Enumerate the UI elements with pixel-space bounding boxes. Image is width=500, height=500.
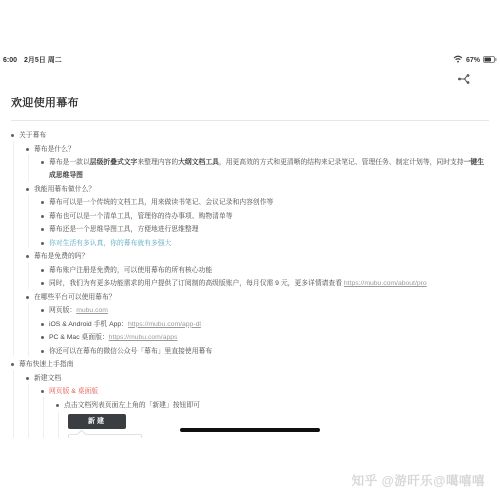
- bullet-icon[interactable]: [41, 336, 44, 339]
- status-left: 6:00 2月5日 周二: [3, 55, 62, 65]
- outline-text-segment: 关于幕布: [19, 132, 46, 139]
- outline-row-text[interactable]: 同时，我们为有更多功能需求的用户提供了订阅制的高级版账户，每月仅需 9 元，更多…: [49, 277, 489, 290]
- outline-text-segment: 同时，我们为有更多功能需求的用户提供了订阅制的高级版账户，每月仅需 9 元，更多…: [49, 280, 344, 287]
- outline-row-text[interactable]: 网页版 & 桌面版: [49, 385, 489, 398]
- outline-row[interactable]: 你还可以在幕布的微信公众号「幕布」里直接使用幕布: [11, 345, 489, 358]
- outline-text-segment: 你还可以在幕布的微信公众号「幕布」里直接使用幕布: [49, 348, 212, 355]
- document-title[interactable]: 欢迎使用幕布: [11, 97, 489, 110]
- outline-row-text[interactable]: iOS & Android 手机 App：https://mubu.com/ap…: [49, 318, 489, 331]
- zhihu-watermark: 知乎 @游旰乐@噶嘻嘻: [352, 471, 485, 489]
- outline-row-text[interactable]: 新建文档: [34, 372, 489, 385]
- bullet-icon[interactable]: [41, 161, 44, 164]
- outline-row-text[interactable]: 在哪些平台可以使用幕布？: [34, 291, 489, 304]
- outline-row[interactable]: 幕布还是一个思维导图工具，方便地进行思维整理: [11, 223, 489, 236]
- bullet-icon[interactable]: [56, 404, 59, 407]
- bullet-icon[interactable]: [41, 282, 44, 285]
- outline-row-text[interactable]: 幕布是一款以层级折叠式文字来整理内容的大纲文档工具，用更高效的方式和更清晰的结构…: [49, 156, 489, 182]
- new-menu-image: 新建文档: [68, 434, 142, 439]
- battery-percent: 67%: [466, 57, 480, 64]
- outline-row-text[interactable]: 你对生活有多认真，你的幕布就有多强大: [49, 237, 489, 250]
- outline-row[interactable]: 网页版：mubu.com: [11, 304, 489, 317]
- outline-row-text[interactable]: 幕布还是一个思维导图工具，方便地进行思维整理: [49, 223, 489, 236]
- outline-row[interactable]: 你对生活有多认真，你的幕布就有多强大: [11, 237, 489, 250]
- outline-row-text[interactable]: 点击文档列表页面左上角的「新建」按钮即可: [64, 399, 489, 412]
- outline-text-segment: 网页版：: [49, 307, 76, 314]
- tablet-screenshot: 6:00 2月5日 周二 67%: [0, 0, 500, 500]
- outline-text-segment: PC & Mac 桌面版：: [49, 334, 109, 341]
- outline-row[interactable]: PC & Mac 桌面版：https://mubu.com/apps: [11, 331, 489, 344]
- outline-row[interactable]: 我能用幕布做什么？: [11, 183, 489, 196]
- outline-row[interactable]: 幕布也可以是一个清单工具，管理你的待办事项、购物清单等: [11, 210, 489, 223]
- outline-text-segment: 幕布账户注册是免费的，可以使用幕布的所有核心功能: [49, 267, 212, 274]
- outline-row[interactable]: 幕布是什么？: [11, 143, 489, 156]
- outline-text-segment: iOS & Android 手机 App：: [49, 321, 128, 328]
- bullet-icon[interactable]: [26, 255, 29, 258]
- bullet-icon[interactable]: [11, 134, 14, 137]
- outline-row[interactable]: 同时，我们为有更多功能需求的用户提供了订阅制的高级版账户，每月仅需 9 元，更多…: [11, 277, 489, 290]
- outline-text-segment: 在哪些平台可以使用幕布？: [34, 294, 116, 301]
- outline-link[interactable]: https://mubu.com/about/pro: [344, 280, 427, 287]
- outline-row-text[interactable]: 网页版：mubu.com: [49, 304, 489, 317]
- outline: 关于幕布 幕布是什么？ 幕布是一款以层级折叠式文字来整理内容的大纲文档工具，用更…: [11, 129, 489, 412]
- outline-text-segment: 幕布是免费的吗？: [34, 253, 88, 260]
- bullet-icon[interactable]: [41, 390, 44, 393]
- bullet-icon[interactable]: [41, 228, 44, 231]
- outline-row-text[interactable]: 幕布可以是一个传统的文档工具，用来做读书笔记、会议记录和内容创作等: [49, 196, 489, 209]
- outline-row-text[interactable]: 幕布账户注册是免费的，可以使用幕布的所有核心功能: [49, 264, 489, 277]
- document-canvas: 欢迎使用幕布 关于幕布 幕布是什么？ 幕布是一款以层级折叠式文字来整理内容的大纲…: [11, 97, 489, 438]
- bullet-icon[interactable]: [26, 296, 29, 299]
- outline-link[interactable]: https://mubu.com/apps: [109, 334, 178, 341]
- outline-row-text[interactable]: PC & Mac 桌面版：https://mubu.com/apps: [49, 331, 489, 344]
- outline-row[interactable]: 幕布可以是一个传统的文档工具，用来做读书笔记、会议记录和内容创作等: [11, 196, 489, 209]
- outline-row[interactable]: 幕布是一款以层级折叠式文字来整理内容的大纲文档工具，用更高效的方式和更清晰的结构…: [11, 156, 489, 182]
- outline-text-segment: 大纲文档工具: [178, 159, 219, 166]
- bullet-icon[interactable]: [41, 323, 44, 326]
- outline-text-segment: 层级折叠式文字: [90, 159, 138, 166]
- outline-row[interactable]: 幕布是免费的吗？: [11, 250, 489, 263]
- outline-row-text[interactable]: 幕布是什么？: [34, 143, 489, 156]
- outline-row[interactable]: 点击文档列表页面左上角的「新建」按钮即可: [11, 399, 489, 412]
- status-time: 6:00: [3, 57, 17, 64]
- outline-row[interactable]: 幕布账户注册是免费的，可以使用幕布的所有核心功能: [11, 264, 489, 277]
- outline-text-segment: 幕布是什么？: [34, 146, 75, 153]
- bullet-icon[interactable]: [41, 215, 44, 218]
- outline-row[interactable]: 关于幕布: [11, 129, 489, 142]
- bullet-icon[interactable]: [41, 242, 44, 245]
- outline-row-text[interactable]: 幕布快速上手指南: [19, 358, 489, 371]
- menu-caret: [77, 429, 87, 438]
- bullet-icon[interactable]: [41, 350, 44, 353]
- outline-row-text[interactable]: 幕布是免费的吗？: [34, 250, 489, 263]
- outline-link[interactable]: https://mubu.com/app-dl: [128, 321, 201, 328]
- outline-row[interactable]: 幕布快速上手指南: [11, 358, 489, 371]
- bullet-icon[interactable]: [11, 363, 14, 366]
- outline-text-segment: ，用更高效的方式和更清晰的结构来记录笔记、管理任务、制定计划等，同时支持: [219, 159, 464, 166]
- outline-text-segment: 幕布也可以是一个清单工具，管理你的待办事项、购物清单等: [49, 213, 233, 220]
- mindmap-branch-icon[interactable]: [457, 72, 471, 86]
- outline-row-text[interactable]: 幕布也可以是一个清单工具，管理你的待办事项、购物清单等: [49, 210, 489, 223]
- outline-text-segment: 来整理内容的: [137, 159, 178, 166]
- battery-icon: [483, 56, 497, 65]
- outline-row-text[interactable]: 关于幕布: [19, 129, 489, 142]
- bullet-icon[interactable]: [26, 148, 29, 151]
- outline-text-segment: 幕布还是一个思维导图工具，方便地进行思维整理: [49, 226, 199, 233]
- outline-text-segment: 新建文档: [34, 375, 61, 382]
- outline-text-segment: 幕布可以是一个传统的文档工具，用来做读书笔记、会议记录和内容创作等: [49, 199, 273, 206]
- wifi-icon: [453, 55, 463, 65]
- outline-row-text[interactable]: 我能用幕布做什么？: [34, 183, 489, 196]
- new-button-image: 新建: [68, 414, 126, 429]
- embedded-screenshot-image[interactable]: 新建 新建文档: [68, 414, 489, 439]
- outline-text-segment: 你对生活有多认真，你的幕布就有多强大: [49, 240, 171, 247]
- bullet-icon[interactable]: [41, 309, 44, 312]
- title-divider: [11, 120, 489, 121]
- outline-text-segment: 网页版 & 桌面版: [49, 388, 98, 395]
- home-indicator[interactable]: [180, 428, 320, 432]
- bullet-icon[interactable]: [41, 269, 44, 272]
- outline-row-text[interactable]: 你还可以在幕布的微信公众号「幕布」里直接使用幕布: [49, 345, 489, 358]
- bullet-icon[interactable]: [26, 377, 29, 380]
- outline-text-segment: 我能用幕布做什么？: [34, 186, 95, 193]
- outline-text-segment: 幕布快速上手指南: [19, 361, 73, 368]
- outline-link[interactable]: mubu.com: [76, 307, 108, 314]
- status-date: 2月5日 周二: [24, 55, 62, 65]
- outline-row[interactable]: iOS & Android 手机 App：https://mubu.com/ap…: [11, 318, 489, 331]
- outline-row[interactable]: 新建文档: [11, 372, 489, 385]
- outline-text-segment: 幕布是一款以: [49, 159, 90, 166]
- status-bar: 6:00 2月5日 周二 67%: [0, 54, 500, 66]
- outline-text-segment: 点击文档列表页面左上角的「新建」按钮即可: [64, 402, 200, 409]
- bullet-icon[interactable]: [41, 201, 44, 204]
- outline-row[interactable]: 网页版 & 桌面版: [11, 385, 489, 398]
- bullet-icon[interactable]: [26, 188, 29, 191]
- status-right: 67%: [453, 55, 497, 65]
- outline-row[interactable]: 在哪些平台可以使用幕布？: [11, 291, 489, 304]
